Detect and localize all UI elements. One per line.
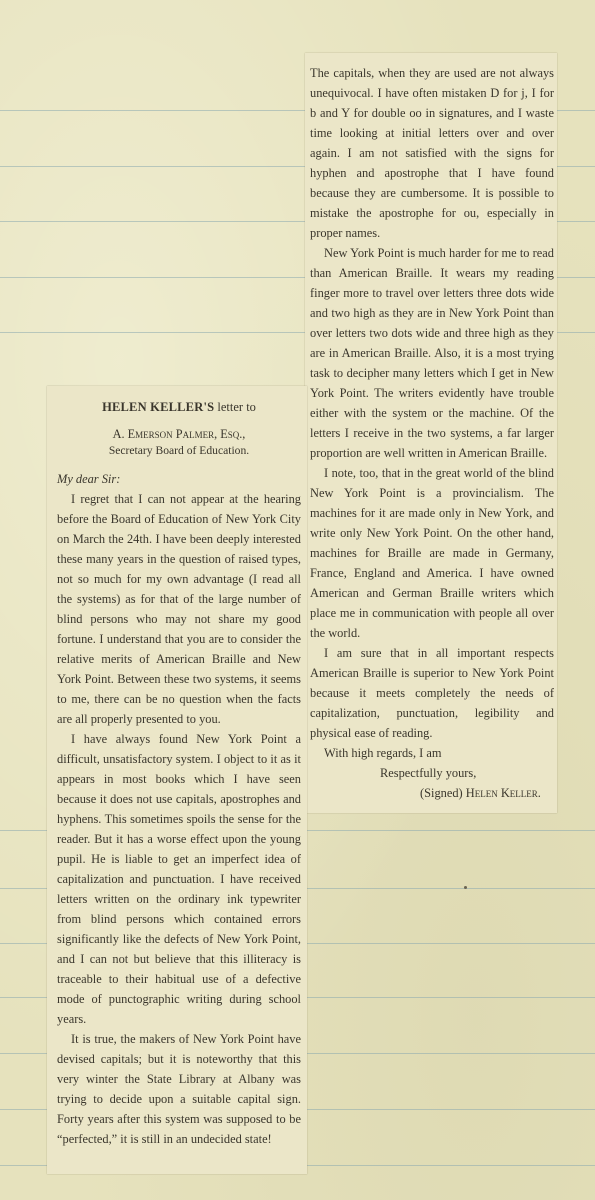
paragraph: It is true, the makers of New York Point…	[57, 1029, 301, 1149]
heading-name: HELEN KELLER'S	[102, 400, 214, 414]
paper-speck	[464, 886, 467, 889]
signature-line: (Signed) Helen Keller.	[310, 783, 554, 803]
newspaper-clipping-left: HELEN KELLER'S letter to A. Emerson Palm…	[47, 386, 307, 1174]
closing-line: Respectfully yours,	[310, 763, 554, 783]
closing-line: With high regards, I am	[310, 743, 554, 763]
salutation: My dear Sir:	[57, 469, 301, 489]
letter-heading: HELEN KELLER'S letter to	[57, 400, 301, 415]
signature: Helen Keller.	[466, 786, 541, 800]
paragraph: I note, too, that in the great world of …	[310, 463, 554, 643]
paragraph: The capitals, when they are used are not…	[310, 63, 554, 243]
heading-rest: letter to	[217, 400, 256, 414]
paragraph: I am sure that in all important respects…	[310, 643, 554, 743]
paragraph: New York Point is much harder for me to …	[310, 243, 554, 463]
paragraph: I regret that I can not appear at the he…	[57, 489, 301, 729]
addressee-title: Secretary Board of Education.	[57, 443, 301, 459]
clipping-body: HELEN KELLER'S letter to A. Emerson Palm…	[57, 400, 301, 1149]
signed-prefix: (Signed)	[420, 786, 463, 800]
clipping-body: The capitals, when they are used are not…	[310, 63, 554, 803]
addressee: A. Emerson Palmer, Esq.,	[57, 425, 301, 443]
paragraph: I have always found New York Point a dif…	[57, 729, 301, 1029]
newspaper-clipping-right: The capitals, when they are used are not…	[305, 53, 557, 813]
